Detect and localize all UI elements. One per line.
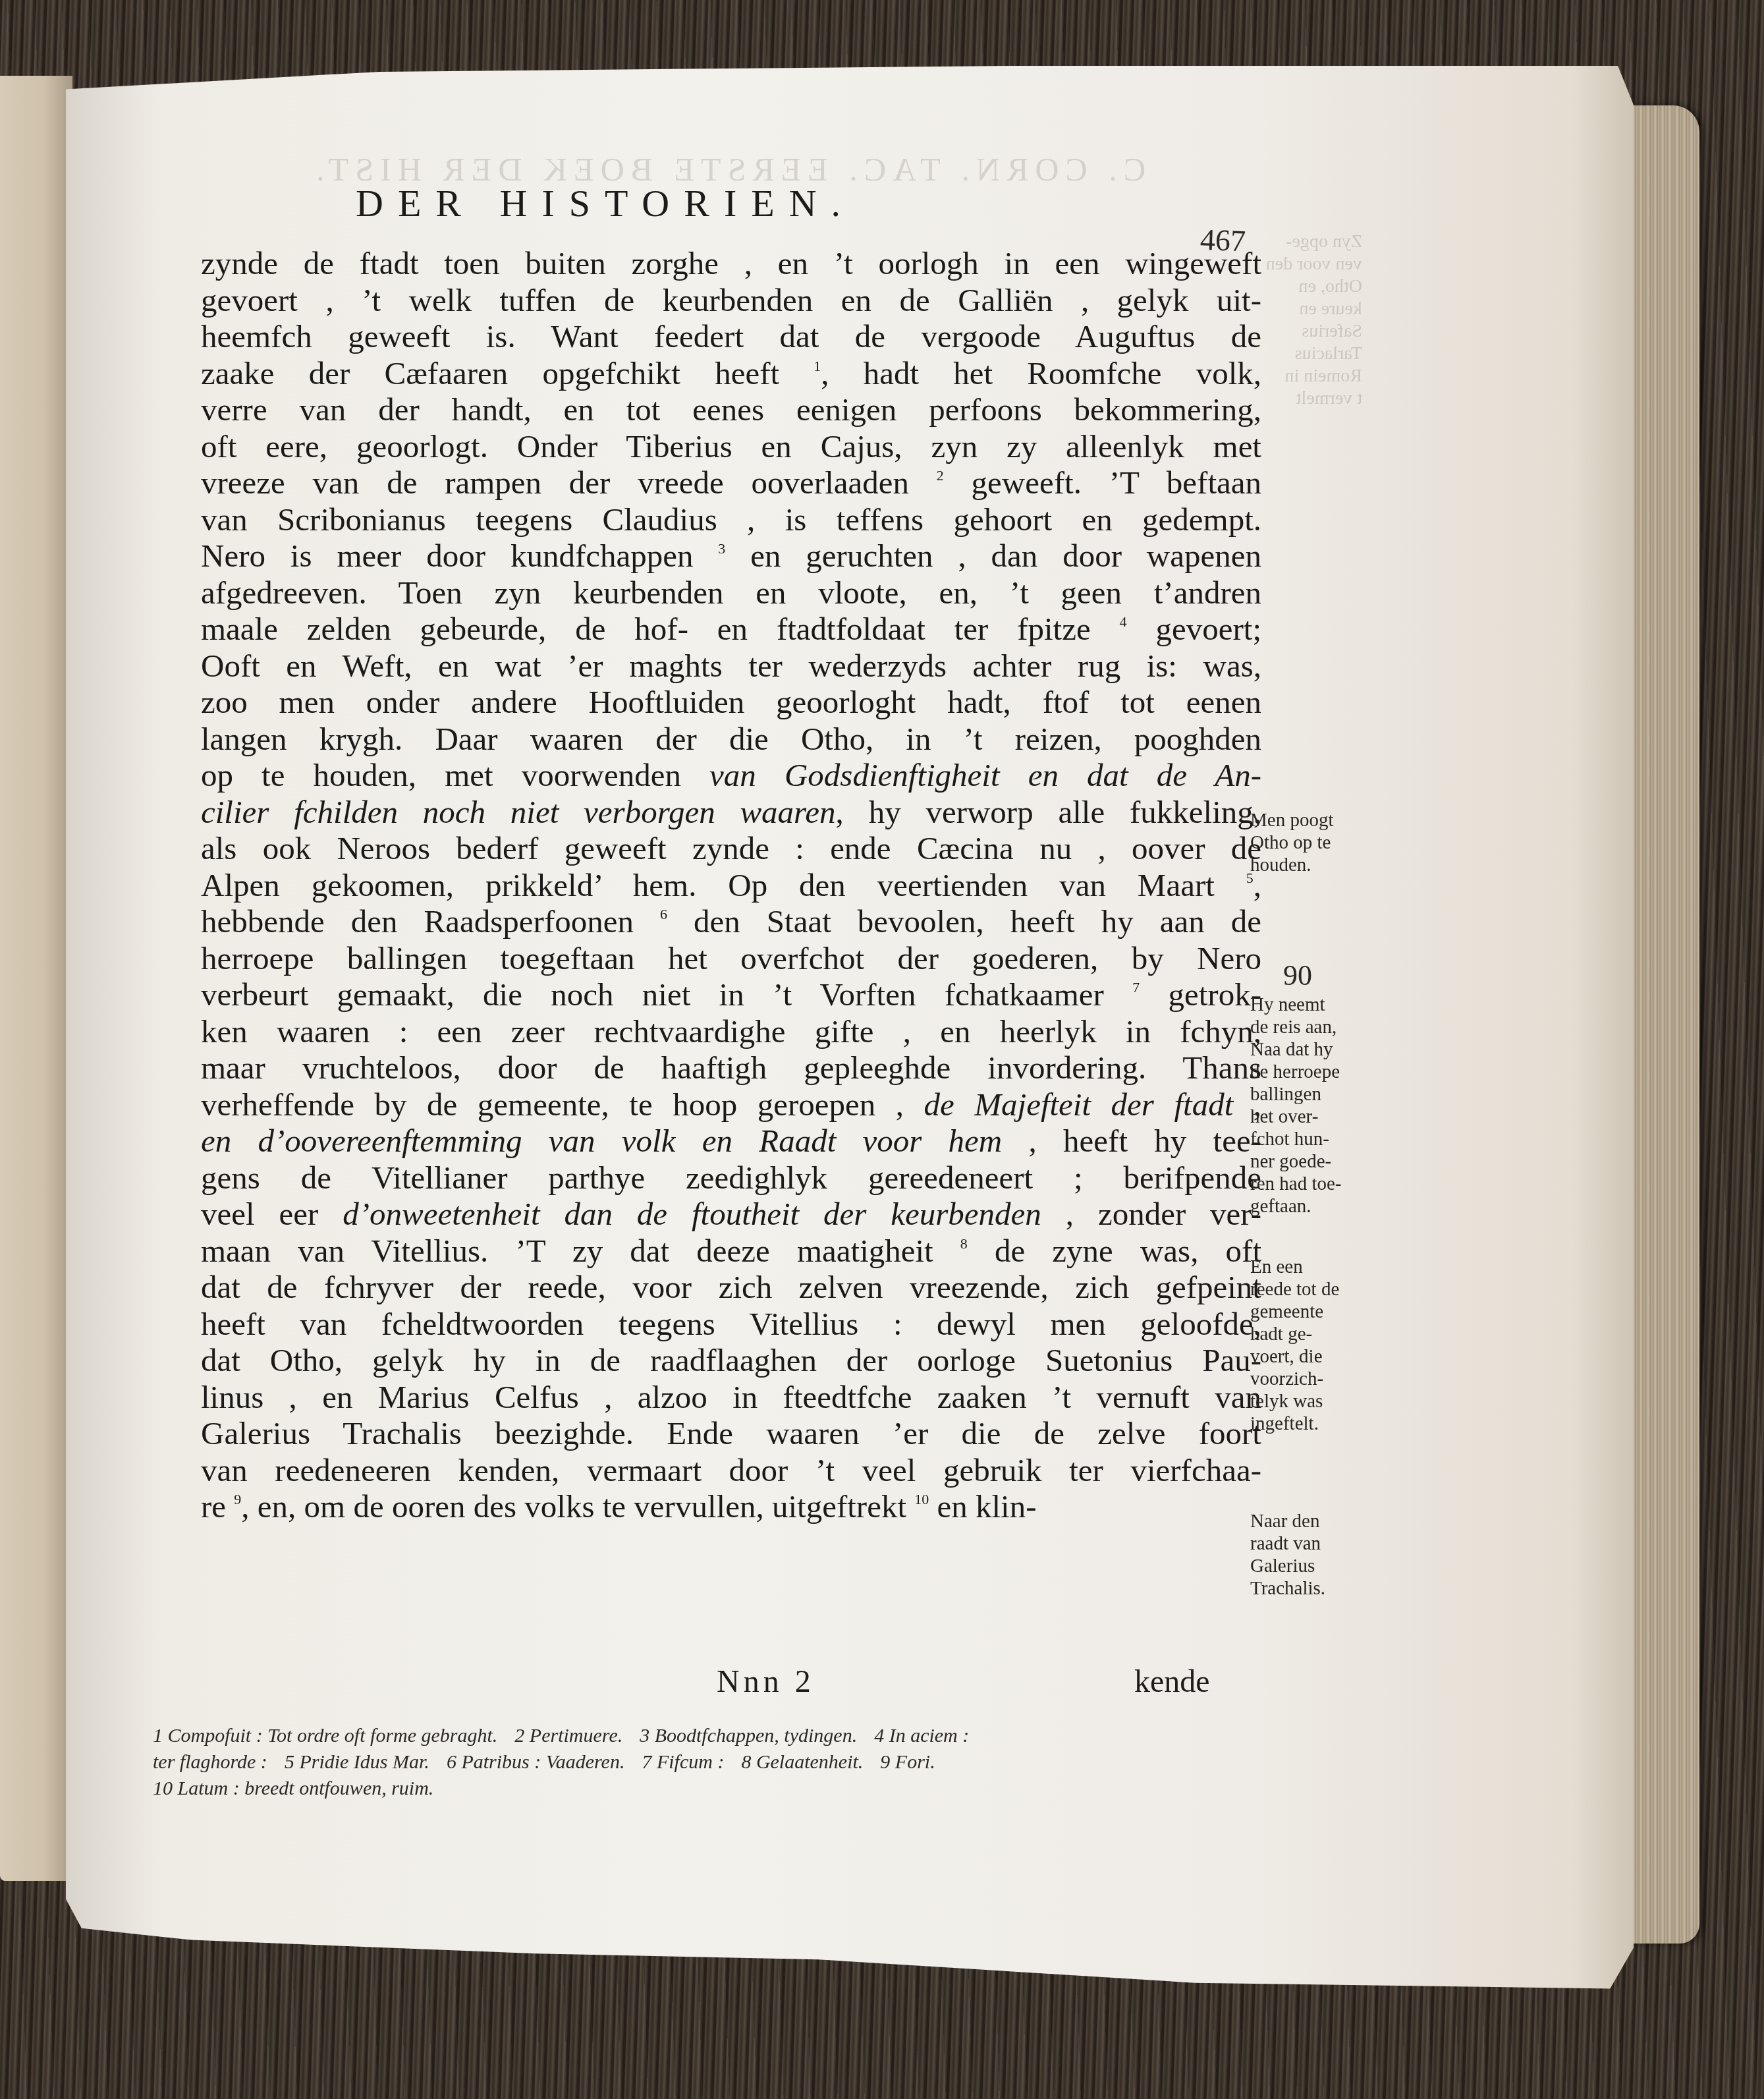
text-line: heeft van fcheldtwoorden teegens Vitelli…: [201, 1306, 1261, 1343]
text-line: dat de fchryver der reede, voor zich zel…: [201, 1269, 1261, 1306]
footnote-line: 1 Compofuit : Tot ordre oft forme gebrag…: [153, 1723, 1292, 1749]
marginal-note: Naar denraadt vanGaleriusTrachalis.: [1250, 1510, 1382, 1600]
footnote-ref: 8: [960, 1235, 968, 1252]
footnote: 5 Pridie Idus Mar.: [285, 1751, 429, 1773]
text-line: re 9, en, om de ooren des volks te vervu…: [201, 1488, 1261, 1525]
text-line: op te houden, met voorwenden van Godsdie…: [201, 757, 1261, 794]
section-number: 90: [1283, 959, 1312, 992]
italic-quotation: van Godsdienftigheit en dat de An-: [709, 757, 1261, 793]
italic-quotation: cilier fchilden noch niet verborgen waar…: [201, 794, 836, 830]
catchword: kende: [1134, 1664, 1210, 1700]
footnote-ref: 9: [234, 1491, 241, 1507]
text-line: verbeurt gemaakt, die noch niet in ’t Vo…: [201, 976, 1261, 1013]
text-line: herroepe ballingen toegeftaan het overfc…: [201, 940, 1261, 977]
footnote: 4 In aciem :: [874, 1725, 969, 1747]
text-line: zaake der Cæfaaren opgefchikt heeft 1, h…: [201, 355, 1261, 392]
text-line: verheffende by de gemeente, te hoop gero…: [201, 1086, 1261, 1123]
marginal-note: Men poogtOtho op tehouden.: [1250, 809, 1382, 876]
footnote-ref: 2: [937, 467, 944, 484]
main-text-block: zynde de ftadt toen buiten zorghe , en ’…: [201, 245, 1261, 1525]
footnote: 7 Fifcum :: [642, 1751, 724, 1773]
text-line: oft eere, geoorlogt. Onder Tiberius en C…: [201, 428, 1261, 465]
text-line: Nero is meer door kundfchappen 3 en geru…: [201, 538, 1261, 574]
signature-mark: Nnn 2: [717, 1664, 815, 1700]
text-line: langen krygh. Daar waaren der die Otho, …: [201, 721, 1261, 758]
footnote-ref: 4: [1120, 613, 1127, 630]
footnote: 1 Compofuit : Tot ordre oft forme gebrag…: [153, 1725, 497, 1747]
footnote: 2 Pertimuere.: [514, 1725, 622, 1747]
footnote: 3 Boodtfchappen, tydingen.: [640, 1725, 857, 1747]
text-line: Alpen gekoomen, prikkeld’ hem. Op den ve…: [201, 867, 1261, 904]
text-line: gens de Vitellianer parthye zeedighlyk g…: [201, 1160, 1261, 1196]
footnote: 6 Patribus : Vaaderen.: [447, 1751, 625, 1773]
text-line: als ook Neroos bederf geweeft zynde : en…: [201, 830, 1261, 867]
bleed-through-marginalia: Zyn opge-ven voor denOtho, enkeure enSaf…: [1263, 231, 1362, 410]
facing-left-page-edge: [0, 76, 72, 1881]
text-line: van Scribonianus teegens Claudius , is t…: [201, 501, 1261, 538]
text-line: dat Otho, gelyk hy in de raadflaaghen de…: [201, 1342, 1261, 1379]
text-line: hebbende den Raadsperfoonen 6 den Staat …: [201, 903, 1261, 940]
footnote-ref: 1: [813, 358, 821, 374]
text-line: veel eer d’onweetenheit dan de ftoutheit…: [201, 1196, 1261, 1233]
footnote: 10 Latum : breedt ontfouwen, ruim.: [153, 1777, 433, 1799]
running-head: DER HISTORIEN.: [356, 181, 855, 225]
text-line: ken waaren : een zeer rechtvaardighe gif…: [201, 1013, 1261, 1050]
footnote: 9 Fori.: [880, 1751, 935, 1773]
text-line: cilier fchilden noch niet verborgen waar…: [201, 794, 1261, 831]
marginal-note: En eenreede tot degemeentehadt ge-voert,…: [1250, 1256, 1382, 1435]
text-line: heemfch geweeft is. Want feedert dat de …: [201, 318, 1261, 355]
footnote-line: 10 Latum : breedt ontfouwen, ruim.: [153, 1776, 1292, 1802]
text-line: afgedreeven. Toen zyn keurbenden en vloo…: [201, 574, 1261, 611]
text-line: en d’oovereenftemming van volk en Raadt …: [201, 1123, 1261, 1160]
text-line: zynde de ftadt toen buiten zorghe , en ’…: [201, 245, 1261, 282]
text-line: verre van der handt, en tot eenes eenige…: [201, 391, 1261, 428]
footnote-ref: 3: [718, 540, 725, 557]
text-line: Ooft en Weft, en wat ’er maghts ter wede…: [201, 648, 1261, 685]
text-line: gevoert , ’t welk tuffen de keurbenden e…: [201, 282, 1261, 319]
text-line: Galerius Trachalis beezighde. Ende waare…: [201, 1415, 1261, 1452]
text-line: zoo men onder andere Hooftluiden geoorlo…: [201, 684, 1261, 721]
footnote: ter flaghorde :: [153, 1751, 267, 1773]
footnote: 8 Gelaatenheit.: [741, 1751, 863, 1773]
text-line: linus , en Marius Celfus , alzoo in ftee…: [201, 1379, 1261, 1416]
italic-quotation: en d’oovereenftemming van volk en Raadt …: [201, 1123, 1002, 1159]
italic-quotation: de Majefteit der ftadt: [923, 1086, 1233, 1123]
text-line: maale zelden gebeurde, de hof- en ftadtf…: [201, 611, 1261, 648]
footnote-ref: 10: [914, 1491, 929, 1507]
text-line: van reedeneeren kenden, vermaart door ’t…: [201, 1452, 1261, 1489]
text-line: maan van Vitellius. ’T zy dat deeze maat…: [201, 1233, 1261, 1270]
marginal-note: Hy neemtde reis aan,Naa dat hyde herroep…: [1250, 994, 1382, 1217]
text-line: vreeze van de rampen der vreede ooverlaa…: [201, 464, 1261, 501]
footnote-line: ter flaghorde :5 Pridie Idus Mar.6 Patri…: [153, 1749, 1292, 1776]
footnote-ref: 7: [1132, 979, 1140, 995]
italic-quotation: d’onweetenheit dan de ftoutheit der keur…: [343, 1196, 1041, 1232]
footnote-ref: 6: [660, 906, 667, 922]
text-line: maar vruchteloos, door de haaftigh geple…: [201, 1049, 1261, 1086]
footnotes: 1 Compofuit : Tot ordre oft forme gebrag…: [153, 1723, 1292, 1802]
